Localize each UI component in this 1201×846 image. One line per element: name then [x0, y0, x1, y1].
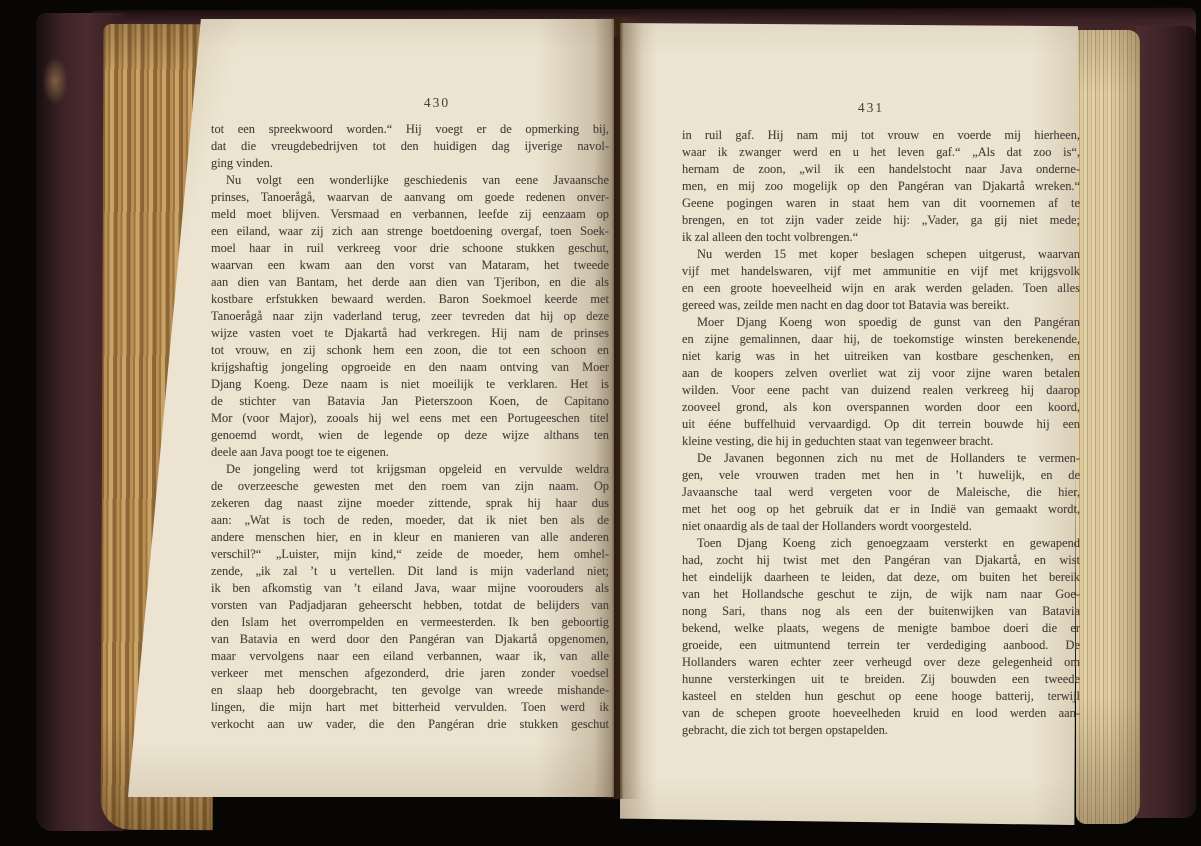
text-line: moel haar in ruil verkreeg voor drie sch…	[211, 240, 609, 257]
text-line: niet onaardig als de taal der Hollanders…	[682, 518, 1080, 535]
text-line: het eindelijk daarheen te leiden, dat de…	[682, 569, 1080, 586]
page-number-430: 430	[212, 95, 662, 111]
right-page-text-column: in ruil gaf. Hij nam mij tot vrouw en vo…	[682, 127, 1080, 739]
book-cover-right	[1136, 26, 1196, 818]
text-line: Mor (voor Major), zooals hij wel eens me…	[211, 410, 609, 427]
text-line: bekend, welke plaats, wegens de menigte …	[682, 620, 1080, 637]
text-line: dat die vreugdebedrijven tot den huidige…	[211, 138, 609, 155]
text-line: Nu volgt een wonderlijke geschiedenis va…	[211, 172, 609, 189]
text-line: zende, „ik zal ’t u vertellen. Dit land …	[211, 563, 609, 580]
text-line: Nu werden 15 met koper beslagen schepen …	[682, 246, 1080, 263]
text-line: verkeer met menschen afgezonderd, drie j…	[211, 665, 609, 682]
text-line: waar ik zwanger werd en u het leven gaf.…	[682, 144, 1080, 161]
text-line: niet karig was in het uitreiken van kost…	[682, 348, 1080, 365]
text-line: de stichter van Batavia Jan Pieterszoon …	[211, 393, 609, 410]
text-line: in ruil gaf. Hij nam mij tot vrouw en vo…	[682, 127, 1080, 144]
text-line: van de schepen groote hoeveelheden kruid…	[682, 705, 1080, 722]
text-line: van Batavia en werd door den Pangéran va…	[211, 631, 609, 648]
left-page-text-column: tot een spreekwoord worden.“ Hij voegt e…	[211, 121, 609, 733]
text-line: Djang Koeng. Deze naam is niet moeilijk …	[211, 376, 609, 393]
text-line: wilden. Voor eene pacht van duizend real…	[682, 382, 1080, 399]
text-line: meld moet blijven. Versmaad en verbannen…	[211, 206, 609, 223]
text-line: en zijne gemalinnen, daar hij, de toekom…	[682, 331, 1080, 348]
text-line: aan: „Wat is toch de reden, moeder, dat …	[211, 512, 609, 529]
text-line: wijze vasten voet te Djakartå had verkre…	[211, 325, 609, 342]
text-line: verkocht aan uw vader, die den Pangéran …	[211, 716, 609, 733]
text-line: kleine vesting, die hij in geduchten sta…	[682, 433, 1080, 450]
text-line: van het Hollandsche geschut te zijn, de …	[682, 586, 1080, 603]
page-number-431: 431	[672, 100, 1070, 116]
text-line: ging vinden.	[211, 155, 609, 172]
text-line: maar vervolgens naar een eiland verbanne…	[211, 648, 609, 665]
text-line: verschil?“ „Luister, mijn kind,“ zeide d…	[211, 546, 609, 563]
text-line: een eiland, waar zij zich aan strenge bo…	[211, 223, 609, 240]
text-line: krijgshaftig jongeling opgroeide en den …	[211, 359, 609, 376]
text-line: kasteel en stelden hun geschut op eene h…	[682, 688, 1080, 705]
text-line: genoemd wordt, wien de legende op deze w…	[211, 427, 609, 444]
text-line: deele aan Java poogt toe te eigenen.	[211, 444, 609, 461]
text-line: aan dien van Bantam, het derde aan dien …	[211, 274, 609, 291]
text-line: vorsten van Padjadjaran geheerscht hebbe…	[211, 597, 609, 614]
text-line: prinses, Tanoerågå, waarvan de aanvang o…	[211, 189, 609, 206]
text-line: nong Sari, thans nog als een der buitenw…	[682, 603, 1080, 620]
text-line: tot vrouw, en zij schonk hem een zoon, d…	[211, 342, 609, 359]
text-line: aan de koopers zelven overliet wat zij v…	[682, 365, 1080, 382]
text-line: De Javanen begonnen zich nu met de Holla…	[682, 450, 1080, 467]
text-line: hernam de zoon, „wil ik een handelstocht…	[682, 161, 1080, 178]
text-line: zekeren dag naast zijne moeder zittende,…	[211, 495, 609, 512]
text-line: andere menschen hier, en in kleur en man…	[211, 529, 609, 546]
text-line: Moer Djang Koeng won spoedig de gunst va…	[682, 314, 1080, 331]
text-line: en slaap heb doorgebracht, ten gevolge v…	[211, 682, 609, 699]
text-line: De jongeling werd tot krijgsman opgeleid…	[211, 461, 609, 478]
text-line: de overzeesche gewesten met den roem van…	[211, 478, 609, 495]
text-line: Toen Djang Koeng zich genoegzaam verster…	[682, 535, 1080, 552]
text-line: men, en mij zoo mogelijk op den Pangéran…	[682, 178, 1080, 195]
text-line: Javaansche taal werd vergeten voor de Ma…	[682, 484, 1080, 501]
text-line: gereed was, zeilde men nacht en dag door…	[682, 297, 1080, 314]
text-line: waarvan een kwam aan den vorst van Matar…	[211, 257, 609, 274]
text-line: gen, vele vrouwen traden met hen in ’t h…	[682, 467, 1080, 484]
text-line: Hollanders waren echter zeer verheugd ov…	[682, 654, 1080, 671]
text-line: gebracht, die zich tot bergen opstapelde…	[682, 722, 1080, 739]
text-line: met het oog op het gebruik dat er in Ind…	[682, 501, 1080, 518]
text-line: had, zocht hij twist met den Pangéran va…	[682, 552, 1080, 569]
text-line: Tanoerågå naar zijn vaderland terug, zee…	[211, 308, 609, 325]
text-line: groeide, een uitmuntend terrein ter verd…	[682, 637, 1080, 654]
text-line: zooveel grond, als kon overspannen worde…	[682, 399, 1080, 416]
text-line: ik ben afkomstig van ’t eiland Java, waa…	[211, 580, 609, 597]
text-line: ik zal alleen den tocht volbrengen.“	[682, 229, 1080, 246]
right-page-fore-edge	[1076, 30, 1140, 824]
book-photo: 430 431 tot een spreekwoord worden.“ Hij…	[0, 0, 1201, 846]
text-line: vijf met handelswaren, vijf met ammuniti…	[682, 263, 1080, 280]
text-line: kostbare erfstukken bewaard werden. Baro…	[211, 291, 609, 308]
text-line: tot een spreekwoord worden.“ Hij voegt e…	[211, 121, 609, 138]
text-line: Geene pogingen waren in staat hem van di…	[682, 195, 1080, 212]
text-line: hunne versterkingen uit te breiden. Zij …	[682, 671, 1080, 688]
text-line: brengen, en tot zijn vader zeide hij: „V…	[682, 212, 1080, 229]
text-line: uit ééne buffelhuid vervaardigd. Op dit …	[682, 416, 1080, 433]
text-line: lingen, die mijn hart met bitterheid ver…	[211, 699, 609, 716]
text-line: den Islam het overrompelden en vermeeste…	[211, 614, 609, 631]
text-line: en een groote hoeveelheid wijn en arak w…	[682, 280, 1080, 297]
